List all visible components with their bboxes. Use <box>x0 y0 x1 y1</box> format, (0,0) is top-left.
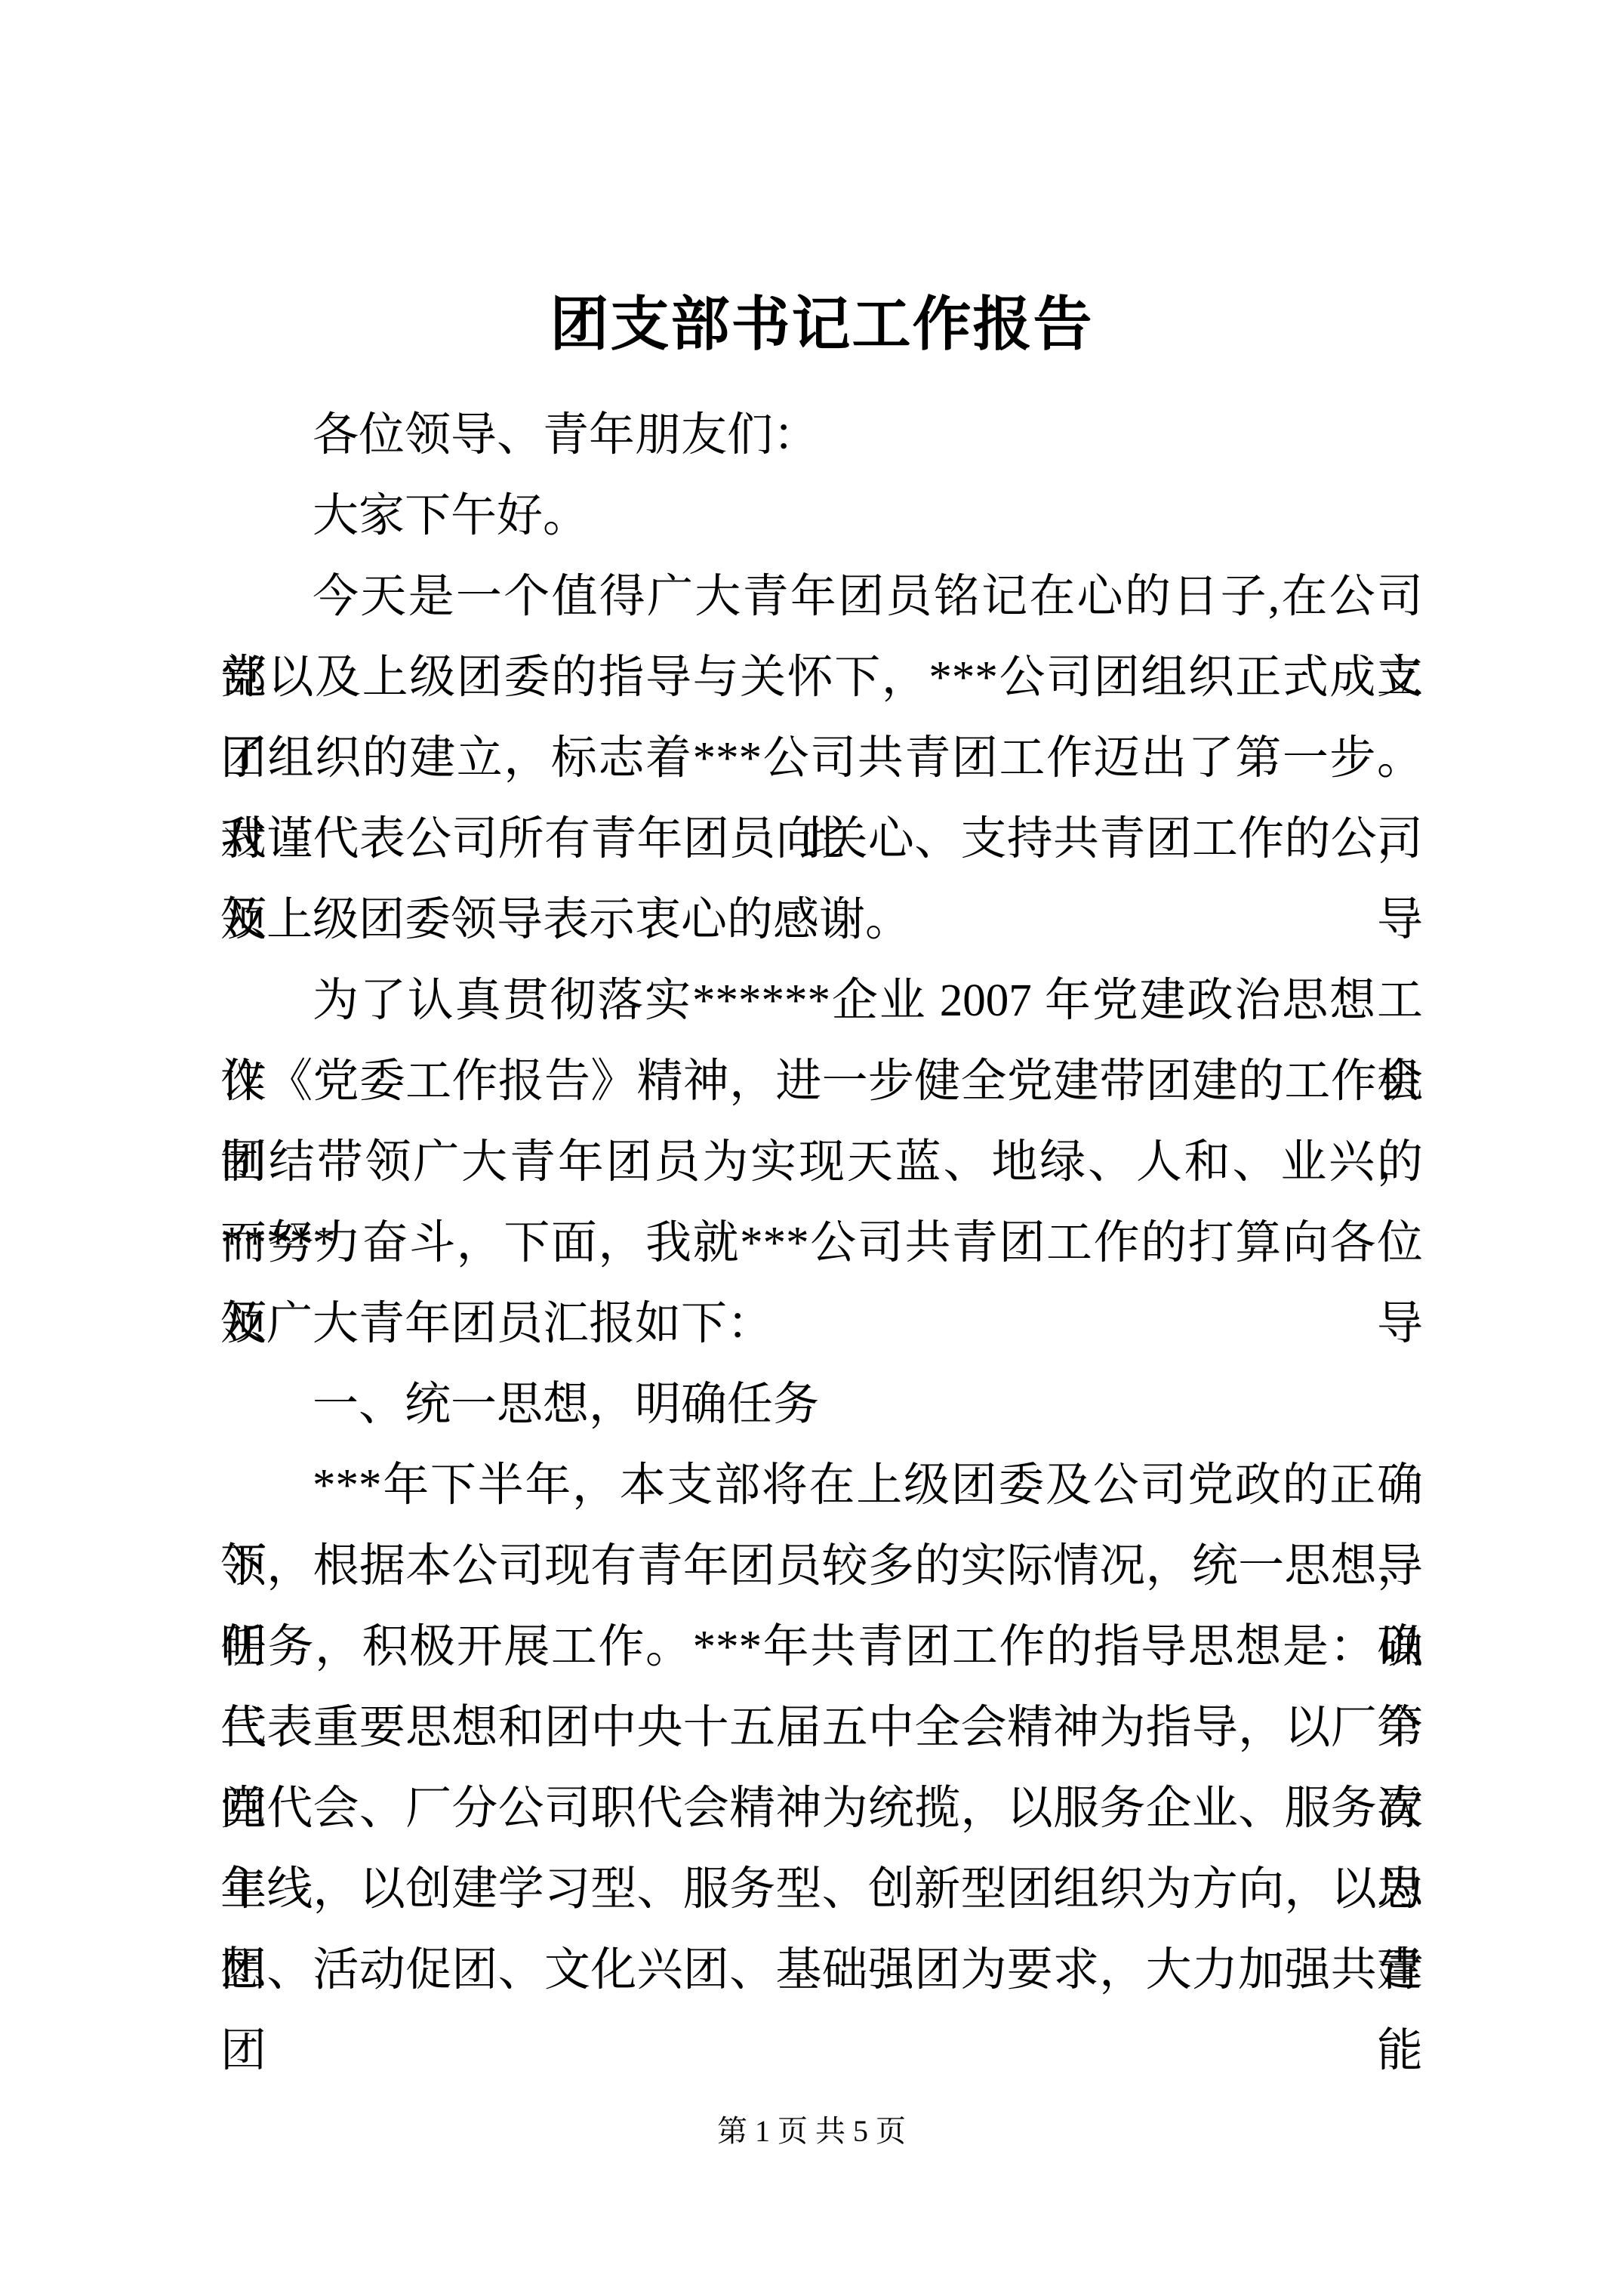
paragraph-line: 团组织的建立，标志着***公司共青团工作迈出了第一步。对此， <box>220 718 1423 799</box>
page-footer: 第 1 页 共 5 页 <box>0 2110 1623 2153</box>
paragraph-line: 我谨代表公司所有青年团员向关心、支持共青团工作的公司领导 <box>220 799 1423 880</box>
paragraph-line: 团结带领广大青年团员为实现天蓝、地绿、人和、业兴的***** <box>220 1122 1423 1203</box>
paragraph-line: 团、活动促团、文化兴团、基础强团为要求，大力加强共青团能 <box>220 1930 1423 2011</box>
document-page: 团支部书记工作报告 各位领导、青年朋友们： 大家下午好。 今天是一个值得广大青年… <box>0 0 1623 2296</box>
paragraph-line: 各位领导、青年朋友们： <box>220 395 1423 476</box>
paragraph-line: 今天是一个值得广大青年团员铭记在心的日子,在公司党支 <box>220 556 1423 637</box>
document-body: 各位领导、青年朋友们： 大家下午好。 今天是一个值得广大青年团员铭记在心的日子,… <box>220 395 1423 2011</box>
document-content: 团支部书记工作报告 各位领导、青年朋友们： 大家下午好。 今天是一个值得广大青年… <box>220 291 1423 2011</box>
paragraph-line: 下，根据本公司现有青年团员较多的实际情况，统一思想，明确 <box>220 1526 1423 1607</box>
paragraph-line: 党代会、厂分公司职代会精神为统揽，以服务企业、服务青年为 <box>220 1768 1423 1849</box>
paragraph-line: 任务，积极开展工作。***年共青团工作的指导思想是：以三个 <box>220 1607 1423 1687</box>
paragraph-line: 大家下午好。 <box>220 476 1423 556</box>
paragraph-line: 为了认真贯彻落实******企业 2007 年党建政治思想工作会 <box>220 960 1423 1041</box>
document-title: 团支部书记工作报告 <box>220 291 1423 359</box>
paragraph-line: 主线，以创建学习型、服务型、创新型团组织为方向，以思想建 <box>220 1849 1423 1930</box>
paragraph-line: 而努力奋斗，下面，我就***公司共青团工作的打算向各位领导 <box>220 1203 1423 1284</box>
paragraph-line: 部以及上级团委的指导与关怀下，***公司团组织正式成立了。 <box>220 637 1423 718</box>
paragraph-line: 代表重要思想和团中央十五届五中全会精神为指导，以厂第四次 <box>220 1687 1423 1768</box>
paragraph-line: 议《党委工作报告》精神，进一步健全党建带团建的工作机制， <box>220 1041 1423 1122</box>
section-heading: 一、统一思想，明确任务 <box>220 1364 1423 1445</box>
paragraph-line: ***年下半年，本支部将在上级团委及公司党政的正确领导 <box>220 1445 1423 1526</box>
